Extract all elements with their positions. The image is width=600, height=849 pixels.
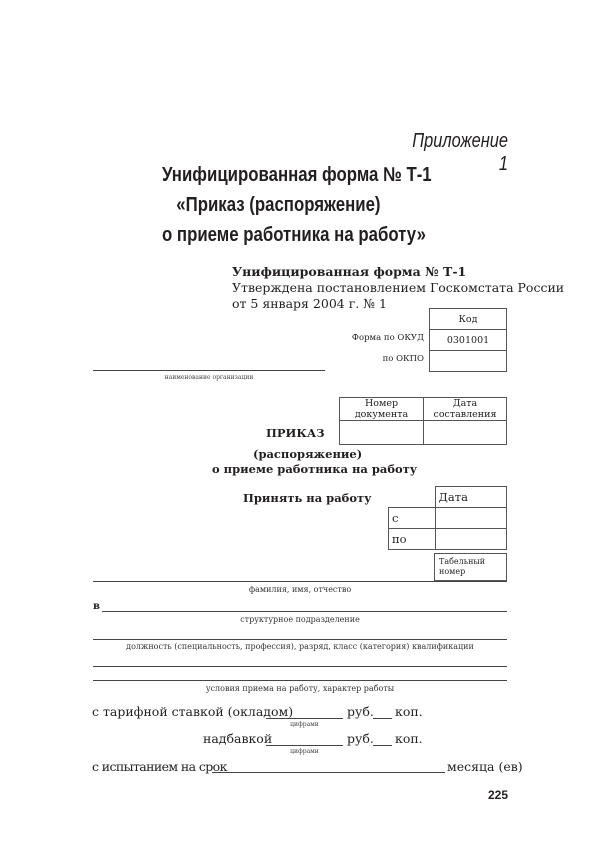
to-label: по	[389, 529, 436, 550]
position-caption: должность (специальность, профессия), ра…	[93, 642, 507, 651]
probation-input[interactable]	[212, 772, 445, 773]
to-date-value[interactable]	[435, 529, 507, 550]
tab-number-label-2: номер	[439, 567, 506, 577]
org-name-line[interactable]	[93, 370, 325, 371]
order-subtitle-2: о приеме работника на работу	[212, 462, 417, 476]
form-name: Унифицированная форма № Т-1	[232, 264, 564, 280]
doc-date-value[interactable]	[424, 421, 507, 445]
tariff-digits-caption: цифрами	[266, 721, 343, 728]
tariff-label: с тарифной ставкой (окладом)	[92, 704, 293, 719]
tariff-kop-input[interactable]	[373, 718, 392, 719]
position-line[interactable]	[93, 639, 507, 640]
doc-number-header: Номер документа	[340, 398, 424, 421]
page-number: 225	[470, 788, 508, 802]
doc-number-value[interactable]	[340, 421, 424, 445]
order-title: ПРИКАЗ	[266, 426, 325, 440]
order-subtitle-1: (распоряжение)	[253, 447, 362, 461]
bonus-digits-caption: цифрами	[266, 748, 343, 755]
date-header: Дата	[435, 487, 507, 508]
conditions-caption: условия приема на работу, характер работ…	[93, 684, 507, 693]
bonus-kop-input[interactable]	[373, 745, 392, 746]
approved-line-2: от 5 января 2004 г. № 1	[232, 296, 564, 312]
title-line-3: о приеме работника на работу»	[120, 220, 456, 250]
conditions-line-2[interactable]	[93, 680, 507, 681]
tab-number-box[interactable]: Табельный номер	[434, 553, 507, 581]
okud-value[interactable]: 0301001	[430, 330, 507, 351]
codes-header: Код	[430, 309, 507, 330]
bonus-rub-label: руб.	[347, 731, 374, 746]
doc-date-header: Дата составления	[424, 398, 507, 421]
conditions-line-1[interactable]	[93, 666, 507, 667]
fio-caption: фамилия, имя, отчество	[93, 585, 507, 594]
bonus-kop-label: коп.	[395, 731, 423, 746]
fio-line[interactable]	[93, 581, 507, 582]
form-header: Унифицированная форма № Т-1 Утверждена п…	[232, 264, 564, 312]
codes-table: Код 0301001	[429, 308, 507, 372]
department-caption: структурное подразделение	[93, 615, 507, 624]
tab-number-label-1: Табельный	[439, 557, 506, 567]
okpo-label: по ОКПО	[330, 354, 424, 364]
tariff-rub-label: руб.	[347, 704, 374, 719]
from-label: с	[389, 508, 436, 529]
hire-label: Принять на работу	[243, 491, 371, 505]
doc-table: Номер документа Дата составления	[339, 397, 507, 445]
bonus-label: надбавкой	[203, 731, 272, 746]
okud-label: Форма по ОКУД	[330, 333, 424, 343]
org-caption: наименование организации	[93, 374, 325, 381]
probation-label: с испытанием на срок	[92, 759, 227, 774]
okpo-value[interactable]	[430, 351, 507, 372]
approved-line-1: Утверждена постановлением Госкомстата Ро…	[232, 280, 564, 296]
probation-suffix: месяца (ев)	[447, 759, 523, 774]
bonus-rub-input[interactable]	[266, 745, 343, 746]
tariff-kop-label: коп.	[395, 704, 423, 719]
department-line[interactable]	[102, 611, 507, 612]
from-date-value[interactable]	[435, 508, 507, 529]
hire-dates-table: Дата с по	[388, 486, 507, 550]
title-line-2: «Приказ (распоряжение)	[120, 190, 456, 220]
tariff-rub-input[interactable]	[266, 718, 343, 719]
page-title: Унифицированная форма № Т-1 «Приказ (рас…	[120, 160, 520, 250]
title-line-1: Унифицированная форма № Т-1	[120, 160, 456, 190]
in-prefix: в	[93, 601, 100, 612]
